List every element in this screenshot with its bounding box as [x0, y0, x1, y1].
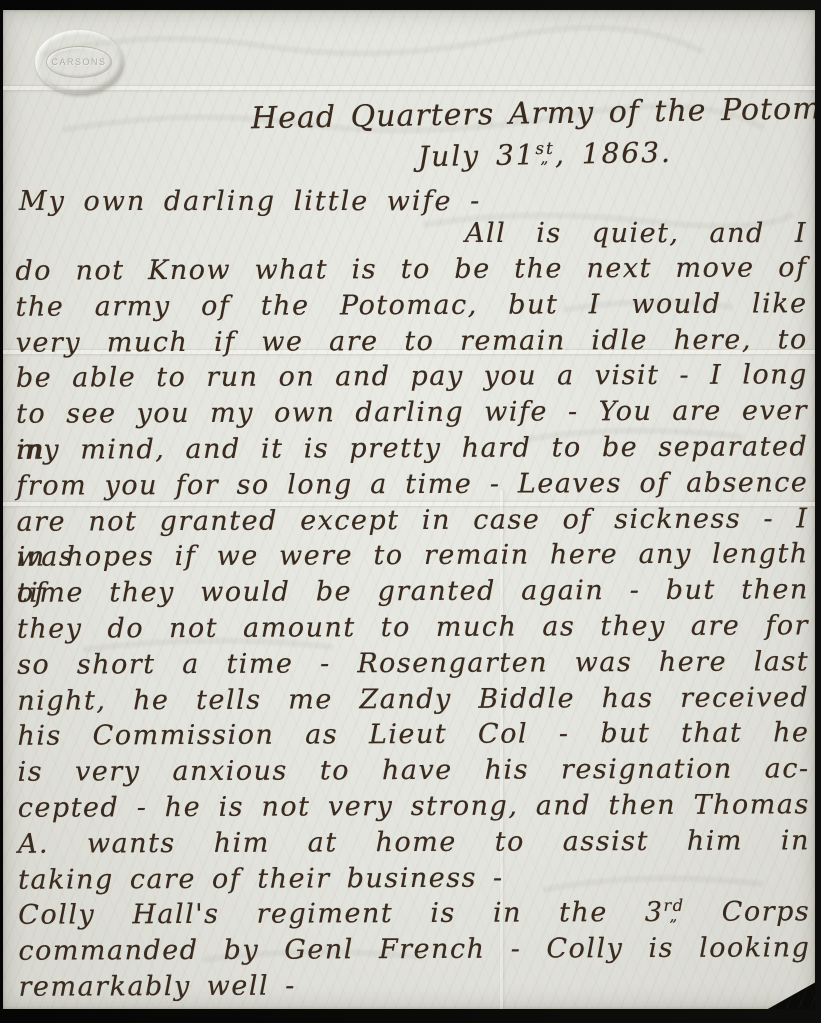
letter-line: A. wants him at home to assist him in	[18, 823, 810, 862]
date-text: July 31	[418, 138, 536, 173]
corps-line-text: Colly Hall's regiment is in the 3	[18, 897, 663, 931]
embossed-stationer-seal: CARSONS	[35, 30, 123, 94]
letter-line: in hopes if we were to remain here any l…	[17, 537, 809, 576]
corps-line-end: Corps	[685, 897, 811, 929]
salutation-line: My own darling little wife -	[19, 186, 481, 217]
seal-text: CARSONS	[51, 57, 106, 67]
date-superscript: st„	[535, 142, 555, 163]
seal-inner-ring: CARSONS	[46, 46, 112, 78]
letter-line: taking care of their business -	[18, 859, 810, 898]
letter-line: the army of the Potomac, but I would lik…	[16, 286, 808, 325]
letter-line: very much if we are to remain idle here,…	[16, 322, 808, 361]
letter-body: do not Know what is to be the next move …	[15, 250, 810, 1005]
date-superscript-mark: „	[540, 154, 550, 164]
letter-paper: CARSONS Head Quarters Army of the Potoma…	[3, 10, 815, 1009]
scanned-letter-page: CARSONS Head Quarters Army of the Potoma…	[0, 0, 821, 1023]
letter-line: is very anxious to have his resignation …	[18, 751, 810, 790]
page-corner-cut	[766, 982, 815, 1009]
fold-crease	[3, 86, 815, 90]
letter-line: his Commission as Lieut Col - but that h…	[17, 716, 809, 755]
letter-line: night, he tells me Zandy Biddle has rece…	[17, 680, 809, 719]
letter-line: my mind, and it is pretty hard to be sep…	[16, 429, 808, 468]
letter-line: remarkably well -	[18, 966, 810, 1005]
letter-line: to see you my own darling wife - You are…	[16, 393, 808, 432]
corps-superscript-mark: „	[670, 912, 679, 921]
letter-line: are not granted except in case of sickne…	[16, 501, 808, 540]
date-year: , 1863.	[555, 136, 673, 171]
letter-date: July 31st„, 1863.	[418, 136, 672, 173]
letter-line: from you for so long a time - Leaves of …	[16, 465, 808, 504]
letter-line: cepted - he is not very strong, and then…	[18, 787, 810, 826]
letter-line: they do not amount to much as they are f…	[17, 608, 809, 647]
opening-line: All is quiet, and I	[465, 218, 807, 249]
letter-line: commanded by Genl French - Colly is look…	[18, 930, 810, 969]
letter-line: time they would be granted again - but t…	[17, 572, 809, 611]
letter-line: be able to run on and pay you a visit - …	[16, 358, 808, 397]
letter-line-corps: Colly Hall's regiment is in the 3rd„ Cor…	[18, 895, 810, 934]
corps-superscript: rd„	[664, 901, 685, 921]
letter-line: do not Know what is to be the next move …	[15, 250, 807, 289]
letter-heading: Head Quarters Army of the Potomac	[251, 91, 815, 137]
letter-line: so short a time - Rosengarten was here l…	[17, 644, 809, 683]
